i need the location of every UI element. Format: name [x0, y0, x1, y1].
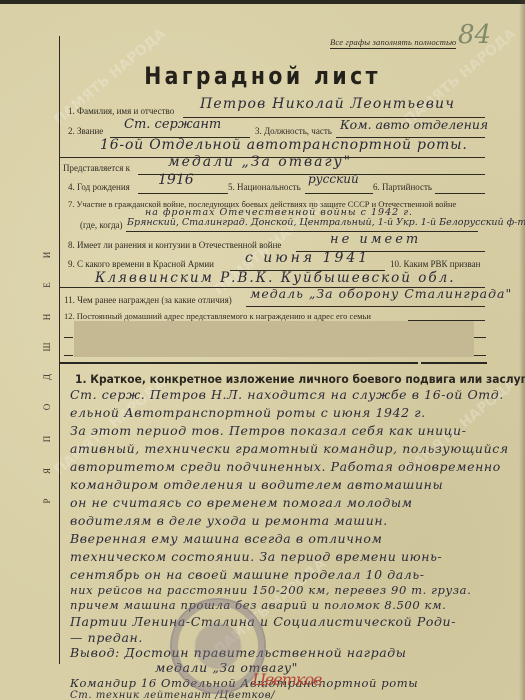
- left-margin-rule: [59, 36, 60, 664]
- narrative-line: Партии Ленина-Сталина и Социалистической…: [70, 614, 456, 629]
- side-letter: Я: [42, 464, 52, 478]
- field-3-value-cont: 16-ой Отдельной автотранспортной роты.: [100, 137, 468, 153]
- field-6-label: 6. Партийность: [373, 182, 432, 192]
- field-3-value: Ком. авто отделения: [340, 117, 488, 132]
- field-7-line: [126, 231, 478, 232]
- field-4-value: 1916: [158, 172, 194, 188]
- narrative-line: Ст. серж. Петров Н.Л. находится на служб…: [70, 387, 504, 402]
- field-1-value: Петров Николай Леонтьевич: [200, 96, 455, 112]
- field-3-label: 3. Должность, часть: [255, 126, 332, 136]
- narrative-line: За этот период тов. Петров показал себя …: [70, 423, 467, 438]
- field-11-label: 11. Чем ранее награжден (за какие отличи…: [64, 295, 232, 305]
- field-10-value: Кляввинским Р.В.К. Куйбышевской обл.: [95, 270, 456, 286]
- narrative-line: авторитетом среди подчиненных. Работая о…: [70, 459, 501, 474]
- field-12-label: 12. Постоянный домашний адрес представля…: [64, 311, 371, 321]
- side-letter: О: [42, 400, 52, 414]
- field-12-line-stub: [474, 337, 486, 338]
- fill-all-fields-notice: Все графы заполнять полностью: [330, 37, 456, 49]
- narrative-line: командиром отделения и водителем автомаш…: [70, 477, 443, 492]
- narrative-line: Вверенная ему машина всегда в отличном: [70, 531, 382, 546]
- narrative-line: техническом состоянии. За период времени…: [70, 549, 442, 564]
- narrative-line: причем машина прошла без аварий и поломо…: [70, 598, 446, 612]
- field-8-value: не имеет: [330, 232, 421, 247]
- redacted-address-block: [74, 321, 474, 357]
- narrative-line: ативный, технически грамотный командир, …: [70, 441, 509, 456]
- field-7-value: Брянский, Сталинград. Донской, Центральн…: [127, 217, 525, 228]
- field-5-label: 5. Национальность: [228, 182, 301, 192]
- document-title: Наградной лист: [39, 62, 485, 90]
- scan-right-edge: [519, 0, 525, 700]
- side-letter: Ш: [42, 340, 52, 354]
- field-4-label: 4. Год рождения: [68, 182, 130, 192]
- presented-for-label: Представляется к: [63, 163, 130, 173]
- side-letter: Н: [42, 310, 52, 324]
- field-10-label: 10. Каким РВК призван: [390, 259, 480, 269]
- field-11-value: медаль „За оборону Сталинграда": [250, 286, 512, 301]
- field-12-line-stub: [474, 355, 486, 356]
- field-5-line: [305, 193, 373, 194]
- field-5-value: русский: [308, 172, 359, 186]
- archive-pencil-number: 84: [458, 20, 491, 50]
- commander-rank-line: Ст. техник лейтенант /Цветков/: [70, 690, 275, 700]
- field-11-line: [246, 306, 485, 307]
- field-7-label-2: (где, когда): [80, 220, 123, 230]
- presented-for-value: медали „За отвагу": [168, 154, 352, 170]
- field-12-line-stub: [64, 355, 73, 356]
- field-2-label: 2. Звание: [68, 126, 103, 136]
- narrative-line: них рейсов на расстоянии 150-200 км, пер…: [70, 583, 471, 597]
- field-9-value: с июня 1941: [245, 250, 370, 266]
- section-divider: [60, 362, 418, 364]
- narrative-line: водителям в деле ухода и ремонта машин.: [70, 513, 388, 528]
- field-9-label: 9. С какого времени в Красной Армии: [68, 259, 214, 269]
- section-1-heading: 1. Краткое, конкретное изложение личного…: [75, 372, 525, 386]
- side-letter: Д: [42, 370, 52, 384]
- field-12-line-stub: [64, 337, 73, 338]
- side-letter: Р: [42, 494, 52, 508]
- narrative-line: он не считаясь со временем помогал молод…: [70, 495, 413, 510]
- field-4-line: [138, 193, 228, 194]
- side-letter: П: [42, 432, 52, 446]
- side-letter: Е: [42, 278, 52, 292]
- section-divider: [421, 362, 487, 364]
- field-2-value: Ст. сержант: [124, 117, 221, 132]
- field-6-line: [435, 193, 485, 194]
- field-1-label: 1. Фамилия, имя и отчество: [68, 106, 174, 116]
- narrative-line: сентябрь он на своей машине проделал 10 …: [70, 567, 425, 582]
- narrative-line: ельной Автотранспортной роты с июня 1942…: [70, 405, 426, 420]
- side-letter: И: [42, 248, 52, 262]
- field-8-label: 8. Имеет ли ранения и контузии в Отечест…: [68, 240, 281, 250]
- commander-signature: Цветков: [252, 670, 321, 689]
- narrative-line: — предан.: [70, 630, 143, 645]
